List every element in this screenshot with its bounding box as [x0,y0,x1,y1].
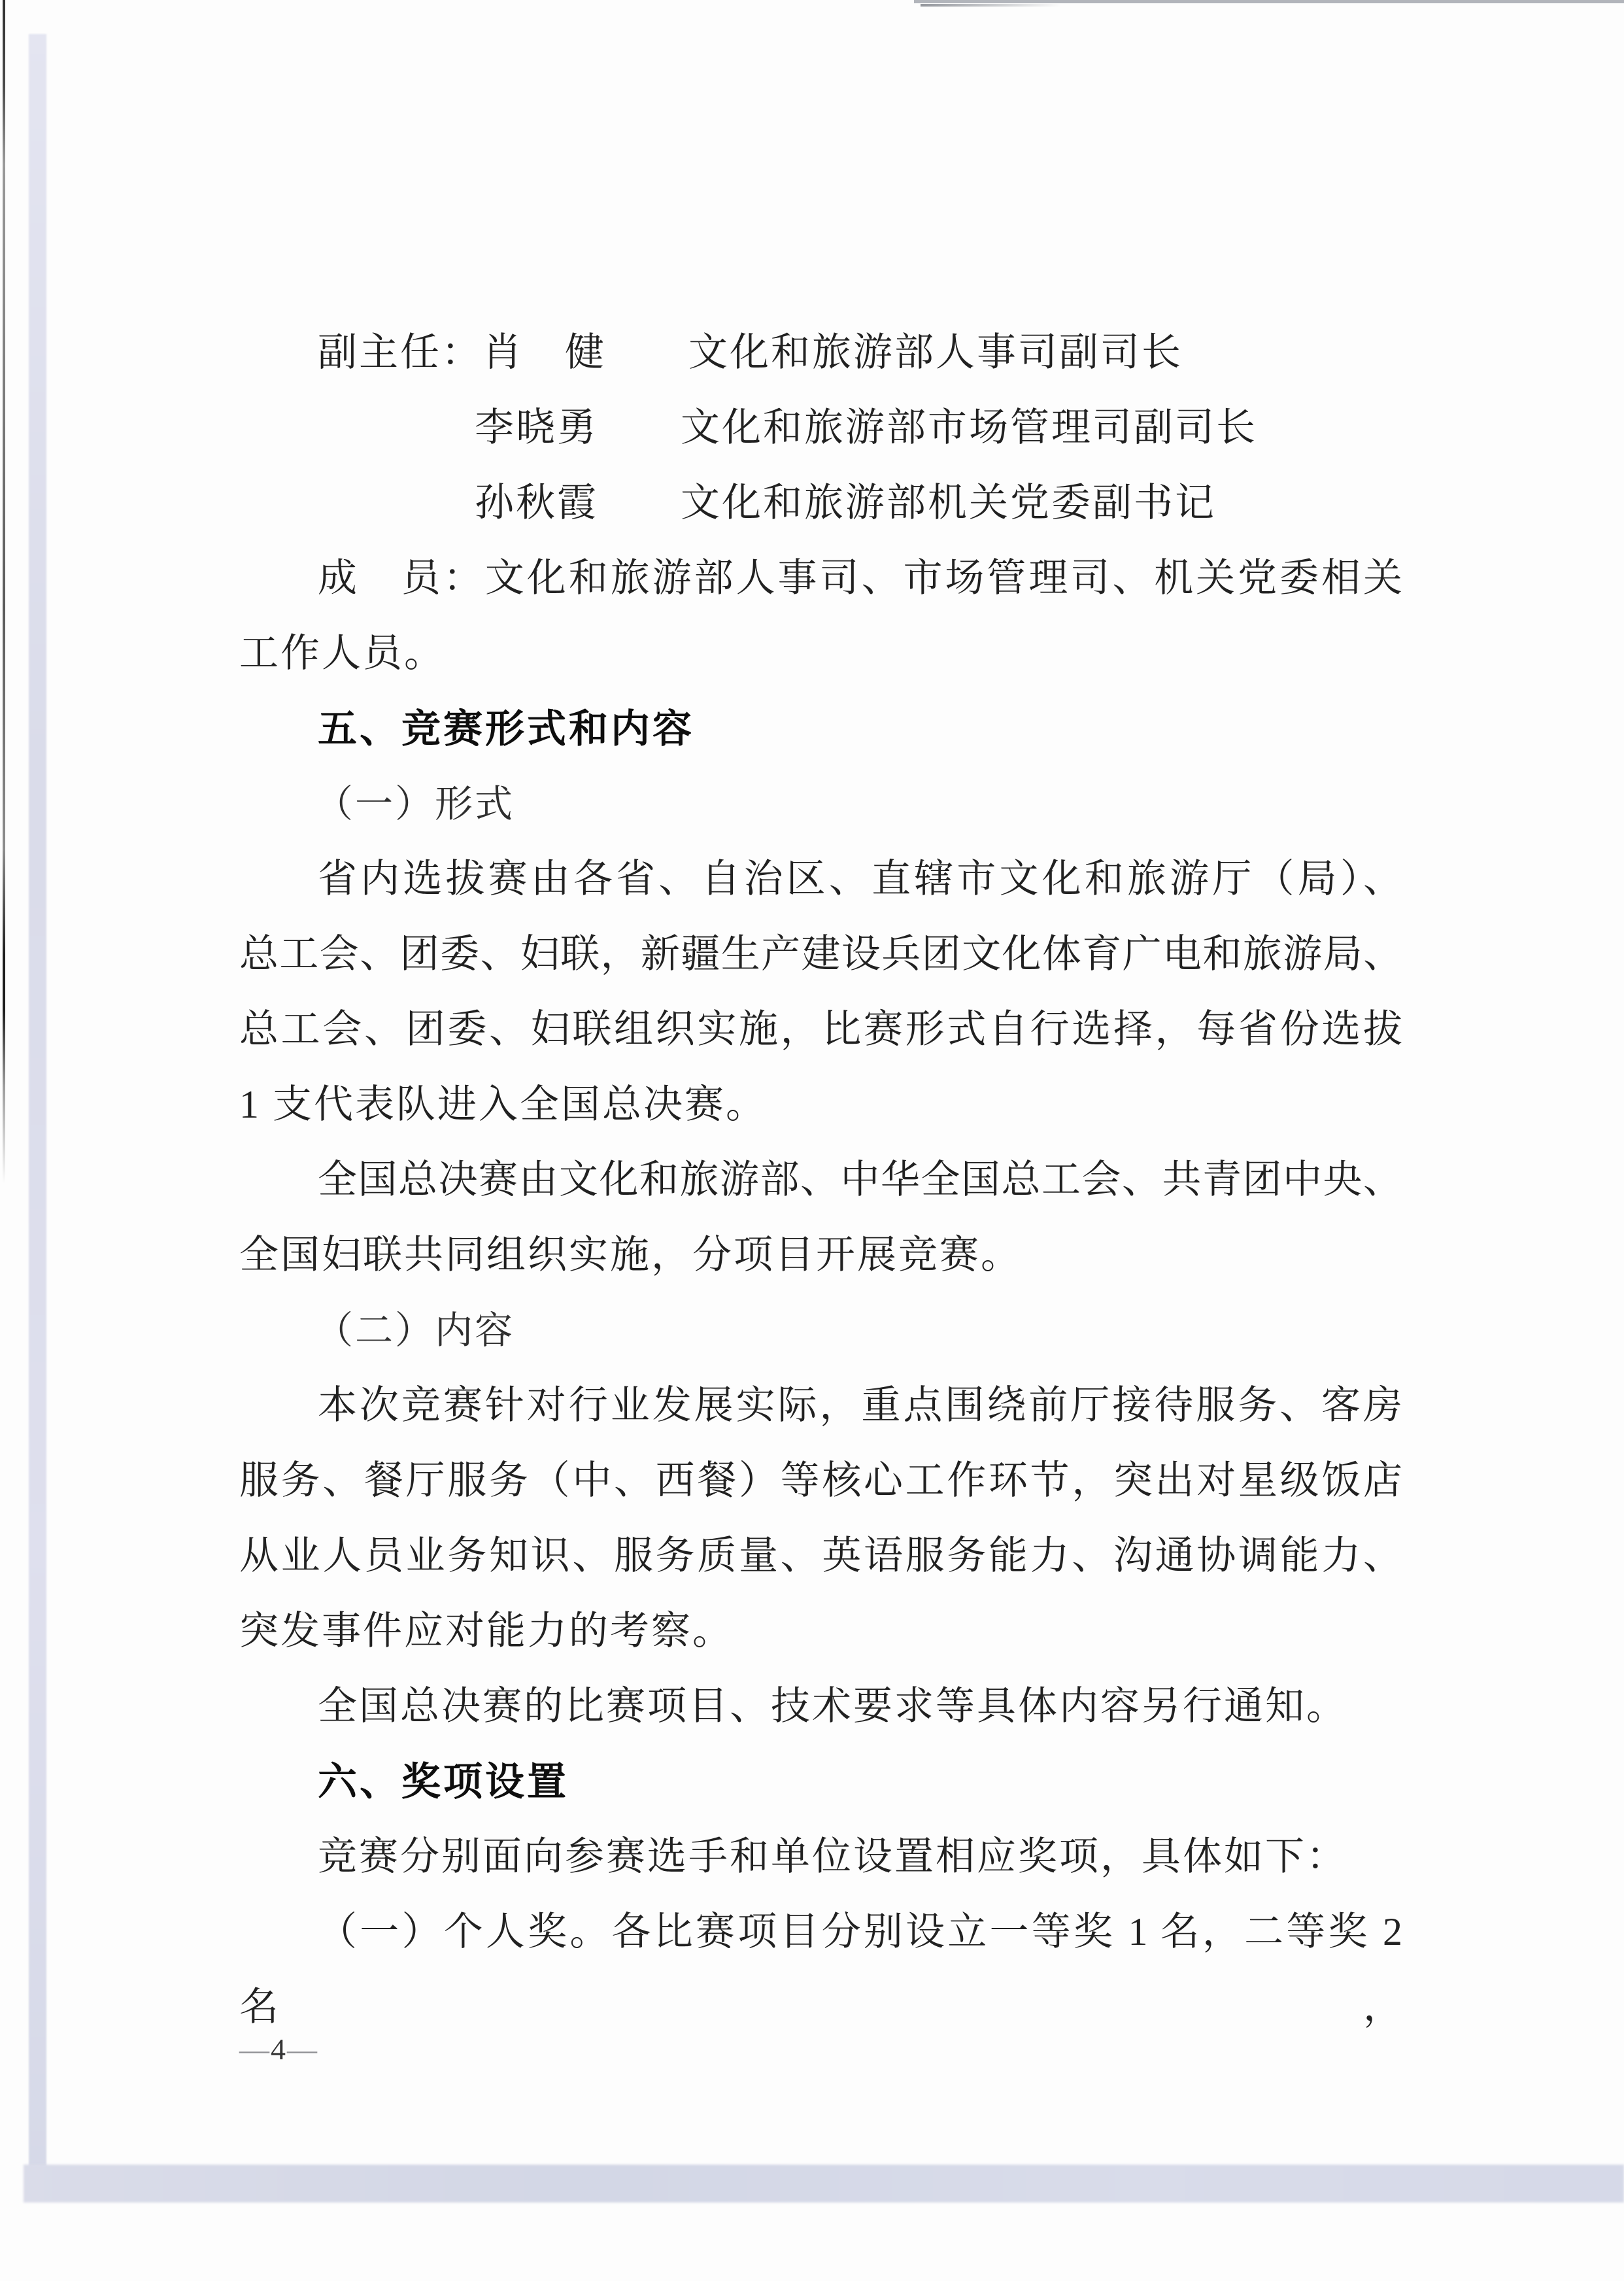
scanned-document-page: { "content": { "lines": [ "副主任：肖 健 文化和旅游… [0,0,1624,2281]
para-form-line-3: 总工会、团委、妇联组织实施，比赛形式自行选择，每省份选拔 [239,992,1402,1067]
para-content-line-2: 服务、餐厅服务（中、西餐）等核心工作环节，突出对星级饭店 [239,1443,1402,1518]
page-number: —4— [239,2032,317,2067]
para-form-line-1: 省内选拔赛由各省、自治区、直辖市文化和旅游厅（局）、 [239,842,1402,917]
line-deputy-director-3: 孙秋霞 文化和旅游部机关党委副书记 [239,466,1402,541]
para-form-line-2: 总工会、团委、妇联，新疆生产建设兵团文化体育广电和旅游局、 [239,917,1402,992]
page-number-left-dash: — [239,2032,269,2066]
line-deputy-director-2: 李晓勇 文化和旅游部市场管理司副司长 [239,390,1402,466]
para-individual-award: （一）个人奖。各比赛项目分别设立一等奖 1 名，二等奖 2 名， [239,1895,1402,1970]
scan-shadow-band-bottom [24,2165,1624,2203]
page-number-value: 4 [269,2032,287,2066]
para-content-line-1: 本次竞赛针对行业发展实际，重点围绕前厅接待服务、客房 [239,1368,1402,1443]
para-form-line-4: 1 支代表队进入全国总决赛。 [239,1067,1402,1142]
scan-edge-line-top-dark [921,4,1061,7]
section-heading-six: 六、奖项设置 [239,1744,1402,1819]
scan-edge-line-top [914,0,1624,3]
para-finals-line-2: 全国妇联共同组织实施，分项目开展竞赛。 [239,1218,1402,1293]
scan-edge-line-left [3,0,5,1184]
page-number-right-dash: — [287,2032,317,2066]
para-awards-intro: 竞赛分别面向参赛选手和单位设置相应奖项，具体如下： [239,1819,1402,1895]
line-members: 成 员：文化和旅游部人事司、市场管理司、机关党委相关 [239,541,1402,616]
document-text-block: 副主任：肖 健 文化和旅游部人事司副司长 李晓勇 文化和旅游部市场管理司副司长 … [239,315,1402,1970]
para-notice: 全国总决赛的比赛项目、技术要求等具体内容另行通知。 [239,1669,1402,1744]
scan-shadow-band-left [29,34,46,2200]
line-deputy-director-1: 副主任：肖 健 文化和旅游部人事司副司长 [239,315,1402,390]
para-finals-line-1: 全国总决赛由文化和旅游部、中华全国总工会、共青团中央、 [239,1142,1402,1218]
para-content-line-4: 突发事件应对能力的考察。 [239,1594,1402,1669]
sub-heading-content: （二）内容 [239,1293,1402,1368]
line-members-cont: 工作人员。 [239,616,1402,691]
sub-heading-form: （一）形式 [239,766,1402,842]
section-heading-five: 五、竞赛形式和内容 [239,691,1402,766]
para-content-line-3: 从业人员业务知识、服务质量、英语服务能力、沟通协调能力、 [239,1518,1402,1594]
